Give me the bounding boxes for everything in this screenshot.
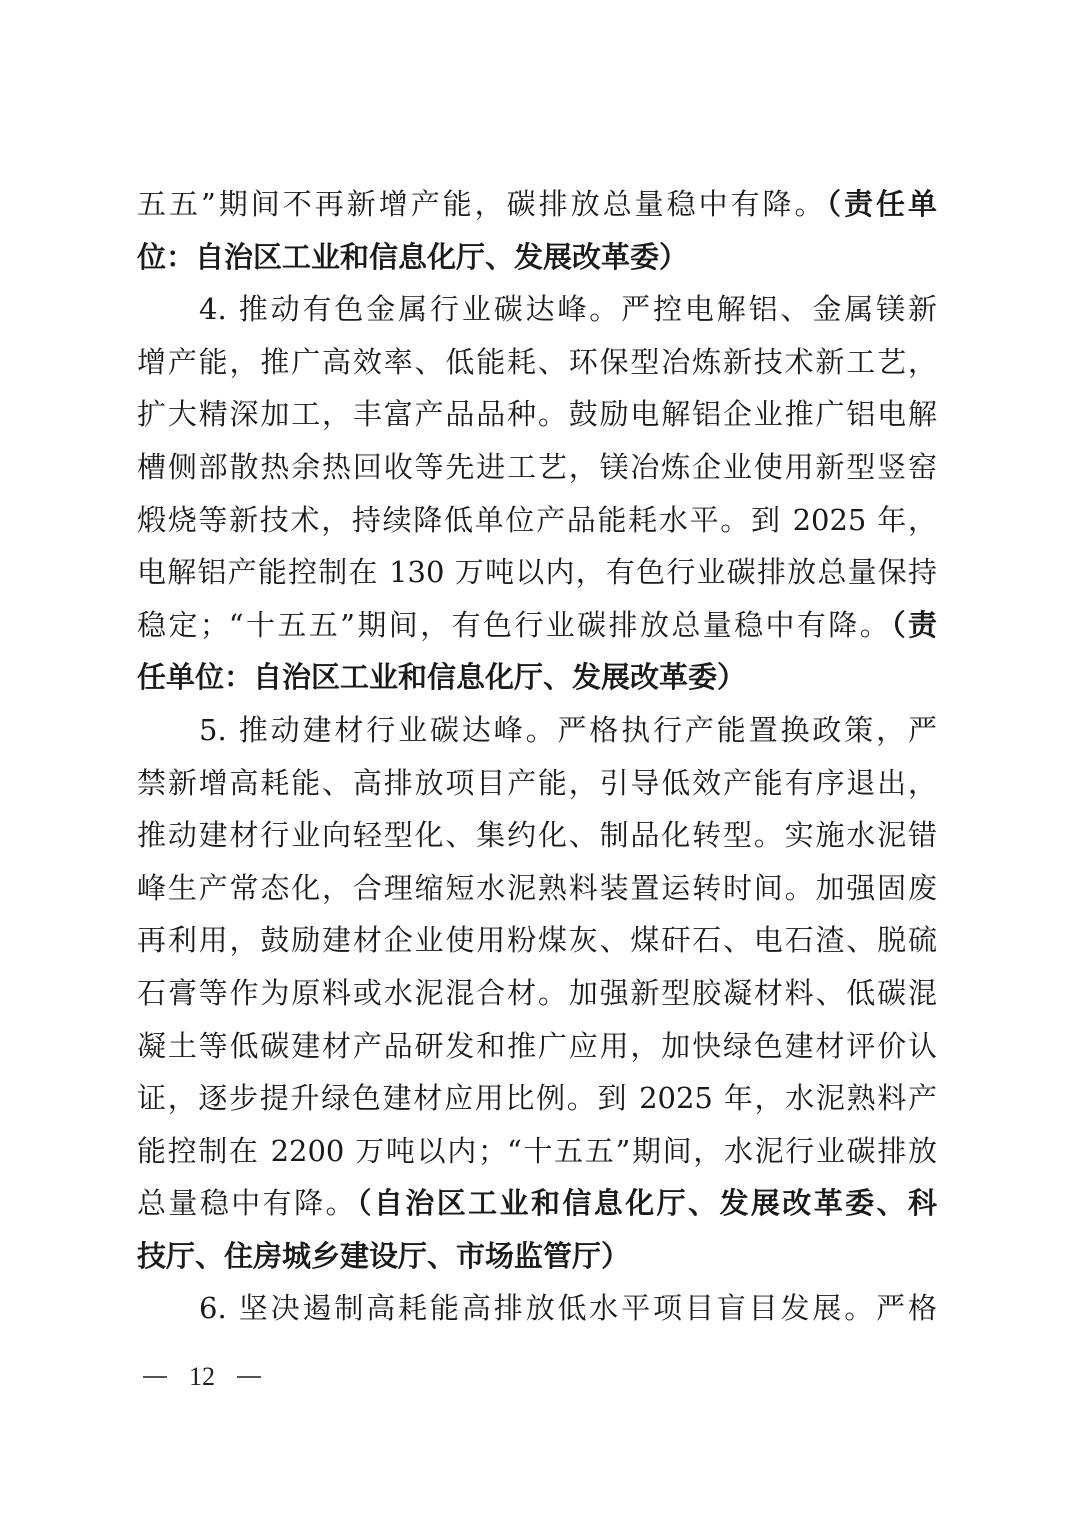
text-line-12: 禁新增高耗能、高排放项目产能，引导低效产能有序退出， xyxy=(137,757,937,810)
responsible-units: （责 xyxy=(891,608,937,642)
responsible-units: 任单位：自治区工业和信息化厅、发展改革委） xyxy=(137,660,746,694)
line-text: 再利用，鼓励建材企业使用粉煤灰、煤矸石、电石渣、脱硫 xyxy=(137,923,937,957)
text-line-6: 槽侧部散热余热回收等先进工艺，镁冶炼企业使用新型竖窑 xyxy=(137,441,937,494)
line-text: 五五”期间不再新增产能，碳排放总量稳中有降。 xyxy=(137,187,827,221)
line-text: 石膏等作为原料或水泥混合材。加强新型胶凝材料、低碳混 xyxy=(137,976,937,1010)
line-text: 稳定；“十五五”期间，有色行业碳排放总量稳中有降。 xyxy=(137,608,891,642)
responsible-units: 位：自治区工业和信息化厅、发展改革委） xyxy=(137,240,688,274)
item-5-heading-line: 5. 推动建材行业碳达峰。严格执行产能置换政策，严 xyxy=(137,704,937,757)
text-line-16: 石膏等作为原料或水泥混合材。加强新型胶凝材料、低碳混 xyxy=(137,967,937,1020)
line-text: 推动建材行业向轻型化、集约化、制品化转型。实施水泥错 xyxy=(137,818,937,852)
text-line-7: 煅烧等新技术，持续降低单位产品能耗水平。到 2025 年， xyxy=(137,494,937,547)
text-line-8: 电解铝产能控制在 130 万吨以内，有色行业碳排放总量保持 xyxy=(137,546,937,599)
document-page: 五五”期间不再新增产能，碳排放总量稳中有降。（责任单 位：自治区工业和信息化厅、… xyxy=(0,0,1080,1526)
text-line-20: 总量稳中有降。（自治区工业和信息化厅、发展改革委、科 xyxy=(137,1177,937,1230)
text-line-15: 再利用，鼓励建材企业使用粉煤灰、煤矸石、电石渣、脱硫 xyxy=(137,914,937,967)
text-line-18: 证，逐步提升绿色建材应用比例。到 2025 年，水泥熟料产 xyxy=(137,1072,937,1125)
body-text: 五五”期间不再新增产能，碳排放总量稳中有降。（责任单 位：自治区工业和信息化厅、… xyxy=(137,178,937,1335)
line-text: 电解铝产能控制在 130 万吨以内，有色行业碳排放总量保持 xyxy=(137,555,937,589)
text-line-4: 增产能，推广高效率、低能耗、环保型冶炼新技术新工艺， xyxy=(137,336,937,389)
line-text: 煅烧等新技术，持续降低单位产品能耗水平。到 2025 年， xyxy=(137,503,937,537)
page-number: 12 xyxy=(189,1362,215,1392)
text-line-14: 峰生产常态化，合理缩短水泥熟料装置运转时间。加强固废 xyxy=(137,862,937,915)
line-text: 峰生产常态化，合理缩短水泥熟料装置运转时间。加强固废 xyxy=(137,871,937,905)
line-text: 证，逐步提升绿色建材应用比例。到 2025 年，水泥熟料产 xyxy=(137,1081,937,1115)
line-text: 能控制在 2200 万吨以内；“十五五”期间，水泥行业碳排放 xyxy=(137,1134,937,1168)
text-line-10: 任单位：自治区工业和信息化厅、发展改革委） xyxy=(137,651,937,704)
text-line-1: 五五”期间不再新增产能，碳排放总量稳中有降。（责任单 xyxy=(137,178,937,231)
line-text: 禁新增高耗能、高排放项目产能，引导低效产能有序退出， xyxy=(137,766,937,800)
line-text: 凝土等低碳建材产品研发和推广应用，加快绿色建材评价认 xyxy=(137,1029,937,1063)
text-line-5: 扩大精深加工，丰富产品品种。鼓励电解铝企业推广铝电解 xyxy=(137,388,937,441)
dash-left xyxy=(143,1376,167,1378)
page-footer: 12 xyxy=(143,1362,261,1392)
item-4-heading-line: 4. 推动有色金属行业碳达峰。严控电解铝、金属镁新 xyxy=(137,283,937,336)
responsible-units: （责任单 xyxy=(827,187,937,221)
line-text: 增产能，推广高效率、低能耗、环保型冶炼新技术新工艺， xyxy=(137,345,937,379)
item-6-heading-line: 6. 坚决遏制高耗能高排放低水平项目盲目发展。严格 xyxy=(137,1282,937,1335)
text-line-13: 推动建材行业向轻型化、集约化、制品化转型。实施水泥错 xyxy=(137,809,937,862)
text-line-9: 稳定；“十五五”期间，有色行业碳排放总量稳中有降。（责 xyxy=(137,599,937,652)
text-line-2: 位：自治区工业和信息化厅、发展改革委） xyxy=(137,231,937,284)
line-text: 6. 坚决遏制高耗能高排放低水平项目盲目发展。严格 xyxy=(199,1291,937,1325)
line-text: 5. 推动建材行业碳达峰。严格执行产能置换政策，严 xyxy=(199,713,937,747)
line-text: 槽侧部散热余热回收等先进工艺，镁冶炼企业使用新型竖窑 xyxy=(137,450,937,484)
responsible-units: （自治区工业和信息化厅、发展改革委、科 xyxy=(357,1186,937,1220)
text-line-17: 凝土等低碳建材产品研发和推广应用，加快绿色建材评价认 xyxy=(137,1020,937,1073)
line-text: 扩大精深加工，丰富产品品种。鼓励电解铝企业推广铝电解 xyxy=(137,397,937,431)
text-line-21: 技厅、住房城乡建设厅、市场监管厅） xyxy=(137,1230,937,1283)
dash-right xyxy=(237,1376,261,1378)
text-line-19: 能控制在 2200 万吨以内；“十五五”期间，水泥行业碳排放 xyxy=(137,1125,937,1178)
line-text: 4. 推动有色金属行业碳达峰。严控电解铝、金属镁新 xyxy=(199,292,937,326)
line-text: 总量稳中有降。 xyxy=(137,1186,357,1220)
responsible-units: 技厅、住房城乡建设厅、市场监管厅） xyxy=(137,1239,630,1273)
